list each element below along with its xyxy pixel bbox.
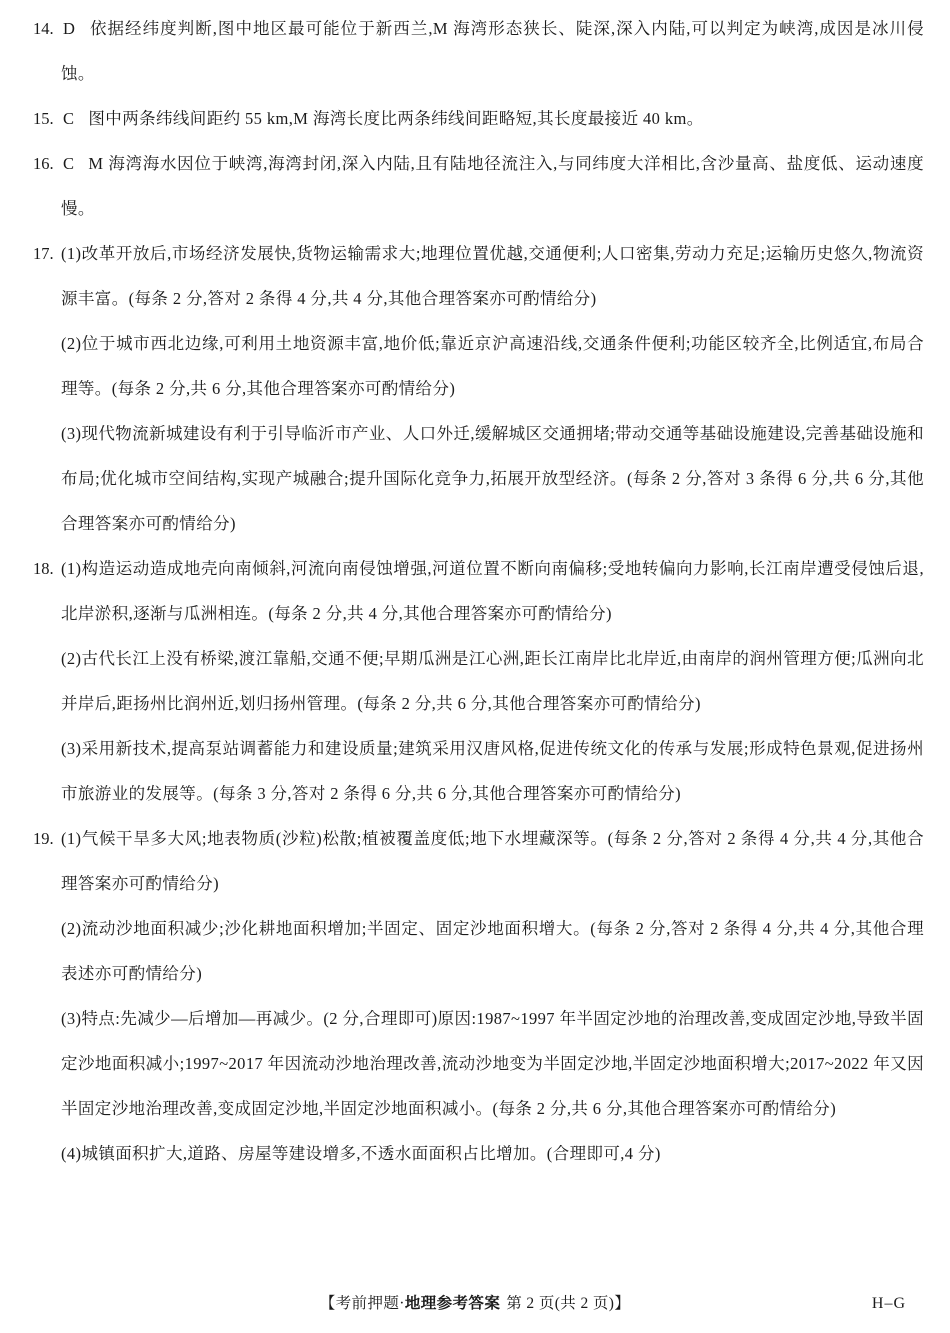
document-code: H–G [872,1293,906,1315]
footer-subject: 地理参考答案 [405,1295,500,1312]
page-footer: 【考前押题·地理参考答案第 2 页(共 2 页)】 [0,1293,950,1315]
answer-part-3: (3)采用新技术,提高泵站调蓄能力和建设质量;建筑采用汉唐风格,促进传统文化的传… [61,726,924,816]
answer-key-page: 14. D依据经纬度判断,图中地区最可能位于新西兰,M 海湾形态狭长、陡深,深入… [0,0,950,1333]
answer-text: C图中两条纬线间距约 55 km,M 海湾长度比两条纬线间距略短,其长度最接近 … [61,96,924,141]
answer-part-4: (4)城镇面积扩大,道路、房屋等建设增多,不透水面面积占比增加。(合理即可,4 … [61,1131,924,1176]
question-number: 19. [33,816,54,861]
footer-prefix: 【考前押题· [320,1295,405,1312]
answer-part-3: (3)现代物流新城建设有利于引导临沂市产业、人口外迁,缓解城区交通拥堵;带动交通… [61,411,924,546]
answer-item-14: 14. D依据经纬度判断,图中地区最可能位于新西兰,M 海湾形态狭长、陡深,深入… [33,6,924,96]
answer-item-19: 19. (1)气候干旱多大风;地表物质(沙粒)松散;植被覆盖度低;地下水埋藏深等… [33,816,924,1176]
answer-item-18: 18. (1)构造运动造成地壳向南倾斜,河流向南侵蚀增强,河道位置不断向南偏移;… [33,546,924,816]
answer-letter: D [63,6,75,51]
question-number: 18. [33,546,54,591]
answer-part-1: (1)气候干旱多大风;地表物质(沙粒)松散;植被覆盖度低;地下水埋藏深等。(每条… [61,816,924,906]
explanation-text: 依据经纬度判断,图中地区最可能位于新西兰,M 海湾形态狭长、陡深,深入内陆,可以… [61,19,924,83]
answer-item-15: 15. C图中两条纬线间距约 55 km,M 海湾长度比两条纬线间距略短,其长度… [33,96,924,141]
explanation-text: 图中两条纬线间距约 55 km,M 海湾长度比两条纬线间距略短,其长度最接近 4… [88,109,703,128]
answer-letter: C [63,141,74,186]
answer-part-3: (3)特点:先减少—后增加—再减少。(2 分,合理即可)原因:1987~1997… [61,996,924,1131]
footer-page-number: 第 2 页(共 2 页)】 [506,1295,630,1312]
answer-part-2: (2)流动沙地面积减少;沙化耕地面积增加;半固定、固定沙地面积增大。(每条 2 … [61,906,924,996]
answer-part-2: (2)古代长江上没有桥梁,渡江靠船,交通不便;早期瓜洲是江心洲,距长江南岸比北岸… [61,636,924,726]
answer-text: D依据经纬度判断,图中地区最可能位于新西兰,M 海湾形态狭长、陡深,深入内陆,可… [61,6,924,96]
question-number: 15. [33,96,54,141]
question-number: 17. [33,231,54,276]
answer-text: CM 海湾海水因位于峡湾,海湾封闭,深入内陆,且有陆地径流注入,与同纬度大洋相比… [61,141,924,231]
answer-letter: C [63,96,74,141]
question-number: 14. [33,6,54,51]
answer-part-1: (1)改革开放后,市场经济发展快,货物运输需求大;地理位置优越,交通便利;人口密… [61,231,924,321]
question-number: 16. [33,141,54,186]
answer-item-16: 16. CM 海湾海水因位于峡湾,海湾封闭,深入内陆,且有陆地径流注入,与同纬度… [33,141,924,231]
answer-item-17: 17. (1)改革开放后,市场经济发展快,货物运输需求大;地理位置优越,交通便利… [33,231,924,546]
answer-part-1: (1)构造运动造成地壳向南倾斜,河流向南侵蚀增强,河道位置不断向南偏移;受地转偏… [61,546,924,636]
explanation-text: M 海湾海水因位于峡湾,海湾封闭,深入内陆,且有陆地径流注入,与同纬度大洋相比,… [61,154,924,218]
answer-part-2: (2)位于城市西北边缘,可利用土地资源丰富,地价低;靠近京沪高速沿线,交通条件便… [61,321,924,411]
answer-sheet: 14. D依据经纬度判断,图中地区最可能位于新西兰,M 海湾形态狭长、陡深,深入… [33,6,924,1176]
